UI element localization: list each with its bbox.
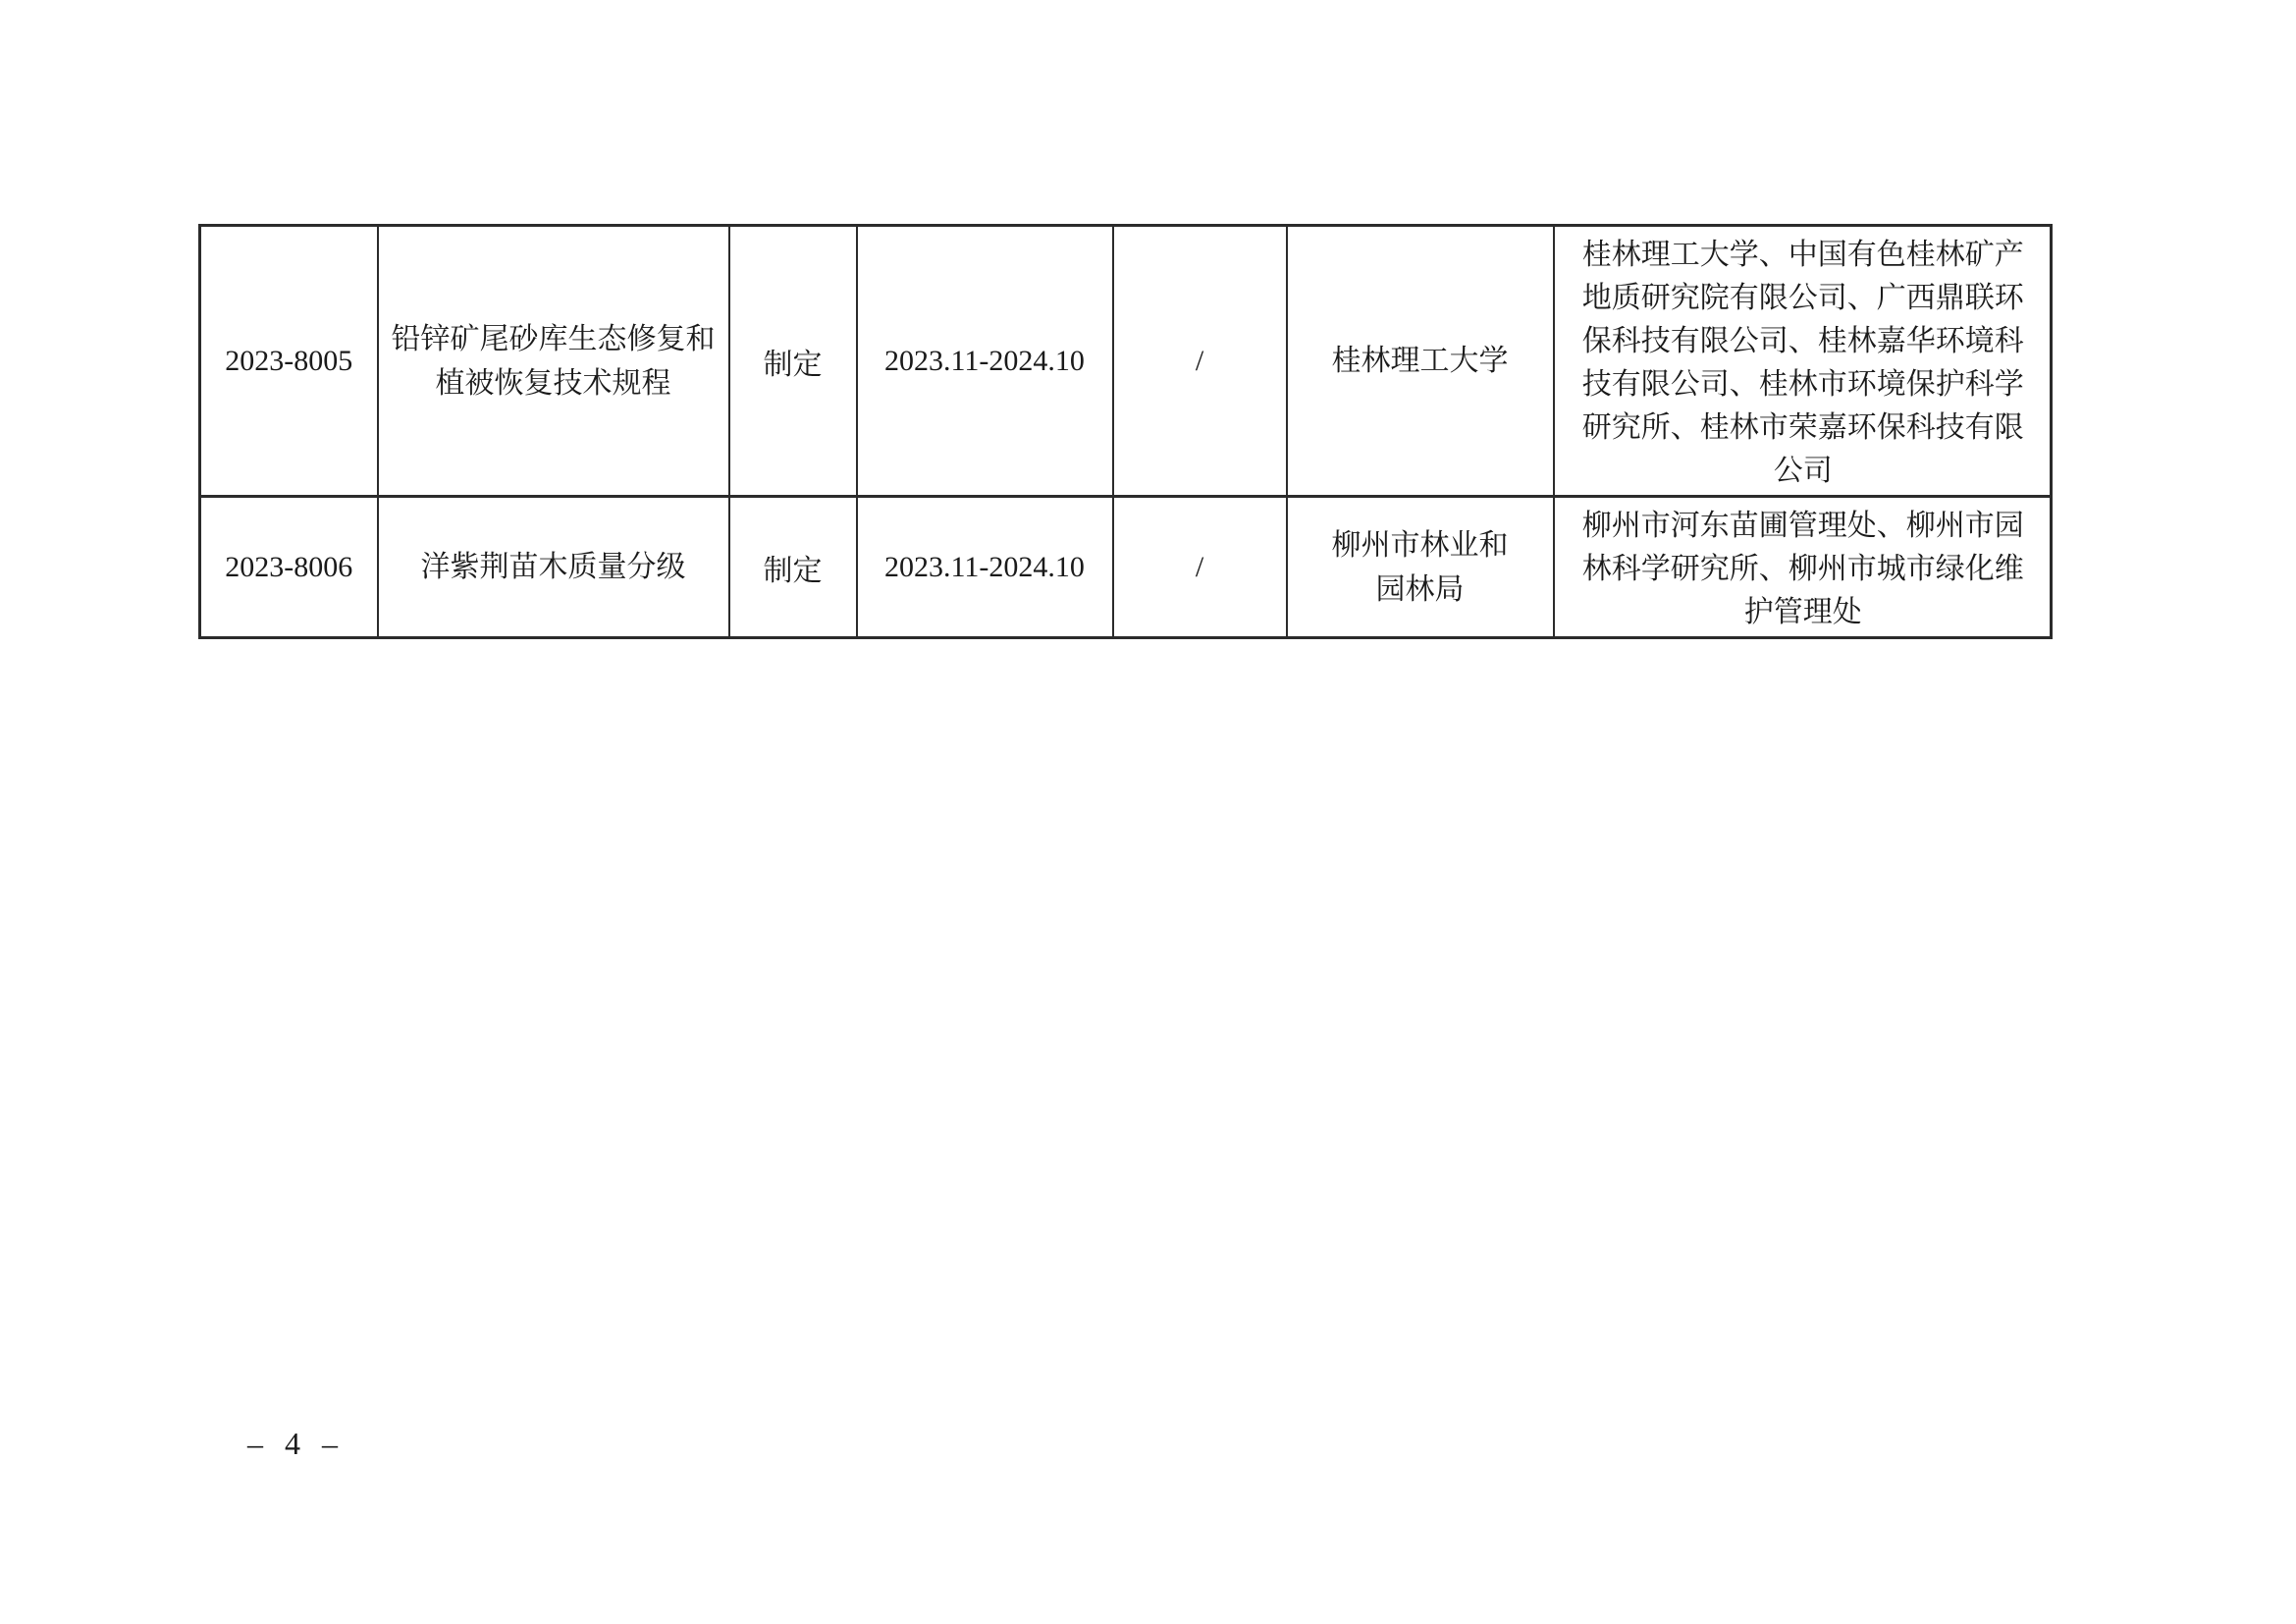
standard-title-line: 洋紫荆苗木质量分级 [379, 545, 728, 589]
cell-note: / [1113, 497, 1287, 638]
period: 2023.11-2024.10 [884, 345, 1085, 377]
period: 2023.11-2024.10 [884, 551, 1085, 583]
cell-standard-title: 铅锌矿尾砂库生态修复和 植被恢复技术规程 [378, 226, 729, 497]
cell-standard-code: 2023-8006 [200, 497, 378, 638]
cell-period: 2023.11-2024.10 [857, 497, 1113, 638]
participating-orgs: 桂林理工大学、中国有色桂林矿产地质研究院有限公司、广西鼎联环保科技有限公司、桂林… [1582, 239, 2024, 487]
table-row: 2023-8005 铅锌矿尾砂库生态修复和 植被恢复技术规程 制定 2023.1… [200, 226, 2052, 497]
lead-org-line: 柳州市林业和 [1288, 523, 1553, 568]
cell-revision-type: 制定 [729, 497, 857, 638]
cell-standard-title: 洋紫荆苗木质量分级 [378, 497, 729, 638]
note-slash: / [1196, 551, 1203, 583]
standard-title-line: 植被恢复技术规程 [379, 361, 728, 406]
standard-title-line: 铅锌矿尾砂库生态修复和 [379, 317, 728, 361]
cell-note: / [1113, 226, 1287, 497]
cell-participating-orgs: 桂林理工大学、中国有色桂林矿产地质研究院有限公司、广西鼎联环保科技有限公司、桂林… [1554, 226, 2052, 497]
standard-code: 2023-8005 [225, 345, 352, 377]
standards-table: 2023-8005 铅锌矿尾砂库生态修复和 植被恢复技术规程 制定 2023.1… [198, 224, 2053, 639]
cell-lead-org: 柳州市林业和 园林局 [1287, 497, 1554, 638]
revision-type: 制定 [764, 555, 823, 587]
revision-type: 制定 [764, 349, 823, 381]
document-page: 2023-8005 铅锌矿尾砂库生态修复和 植被恢复技术规程 制定 2023.1… [0, 0, 2296, 1624]
cell-revision-type: 制定 [729, 226, 857, 497]
cell-lead-org: 桂林理工大学 [1287, 226, 1554, 497]
page-number: – 4 – [247, 1426, 340, 1462]
lead-org-line: 桂林理工大学 [1288, 339, 1553, 383]
cell-standard-code: 2023-8005 [200, 226, 378, 497]
cell-participating-orgs: 柳州市河东苗圃管理处、柳州市园林科学研究所、柳州市城市绿化维护管理处 [1554, 497, 2052, 638]
cell-period: 2023.11-2024.10 [857, 226, 1113, 497]
table-row: 2023-8006 洋紫荆苗木质量分级 制定 2023.11-2024.10 /… [200, 497, 2052, 638]
standard-code: 2023-8006 [225, 551, 352, 583]
participating-orgs: 柳州市河东苗圃管理处、柳州市园林科学研究所、柳州市城市绿化维护管理处 [1582, 510, 2024, 628]
lead-org-line: 园林局 [1288, 568, 1553, 612]
note-slash: / [1196, 345, 1203, 377]
